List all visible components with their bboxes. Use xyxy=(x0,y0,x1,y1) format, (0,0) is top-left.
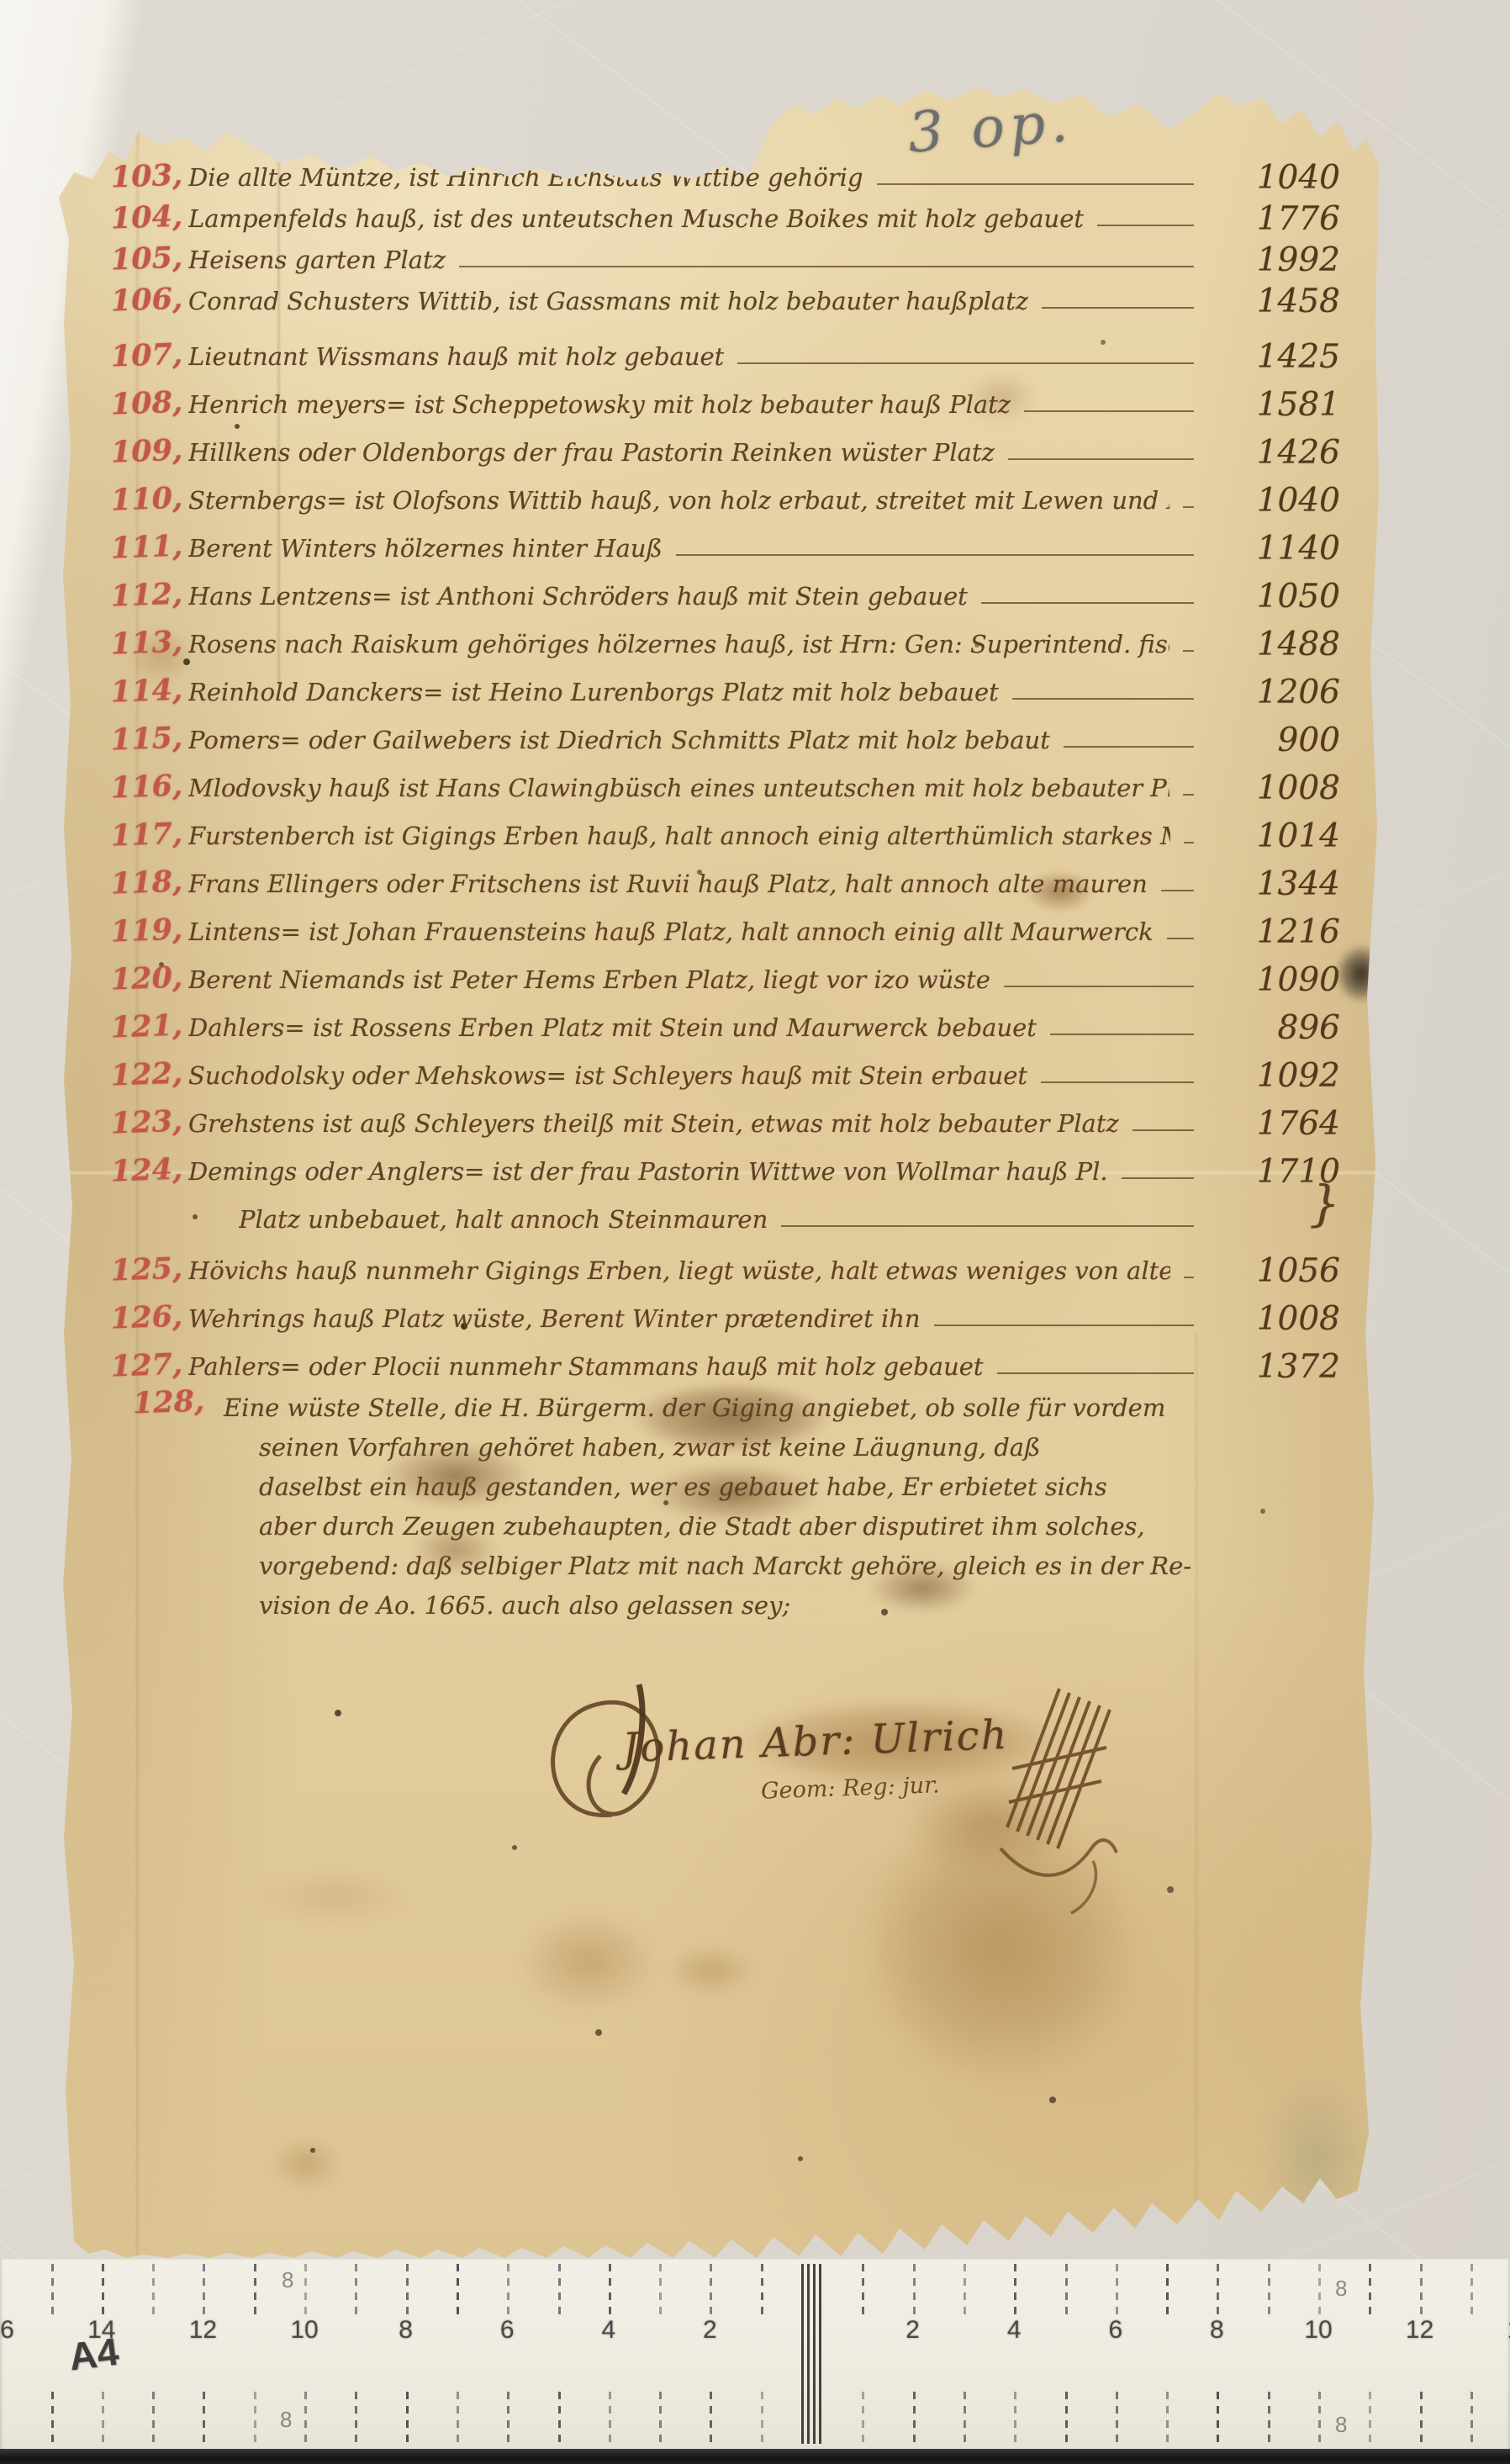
entry-amount: 1090 xyxy=(1204,961,1340,1002)
ruler-number: 16 xyxy=(0,2316,14,2345)
ledger-entry-row: 104, Lampenfelds hauß, ist des unteutsch… xyxy=(111,200,1340,241)
signature-block: Johan Abr: Ulrich Geom: Reg: jur. xyxy=(513,1668,1169,1945)
entry-leader-line xyxy=(1008,458,1194,460)
entries-list: 103, Die allte Müntze, ist Hinrich Eichs… xyxy=(111,159,1340,1389)
entry-leader-line xyxy=(997,1372,1194,1374)
entry-amount: 1050 xyxy=(1204,578,1340,619)
entry-128-line: vision de Ao. 1665. auch also gelassen s… xyxy=(259,1586,1320,1626)
entry-number: 106, xyxy=(110,281,189,325)
entry-leader-line xyxy=(1041,1081,1194,1083)
entry-amount: 1040 xyxy=(1204,159,1340,200)
ruler-number: 10 xyxy=(1304,2316,1332,2345)
ruler-number: 2 xyxy=(703,2316,717,2345)
ruler-tick xyxy=(659,2392,662,2444)
entry-text: Berent Niemands ist Peter Hems Erben Pla… xyxy=(188,965,990,1002)
ruler-number: 14 xyxy=(1507,2316,1510,2345)
ruler-stray-mark: 8 xyxy=(280,2407,292,2433)
entry-amount: } xyxy=(1204,1175,1340,1242)
ruler-stray-mark: 8 xyxy=(1335,2412,1347,2438)
entry-text: Wehrings hauß Platz wüste, Berent Winter… xyxy=(188,1304,921,1341)
entry-text: Mlodovsky hauß ist Hans Clawingbüsch ein… xyxy=(188,774,1169,811)
ruler-a4-label: A4 xyxy=(66,2329,121,2380)
ledger-entry-row: 106, Conrad Schusters Wittib, ist Gassma… xyxy=(111,283,1340,324)
ruler-tick xyxy=(558,2392,561,2444)
entry-128: 128, Eine wüste Stelle, die H. Bürgerm. … xyxy=(143,1388,1320,1626)
entry-number: 111, xyxy=(110,528,189,572)
ruler-tick xyxy=(203,2392,205,2444)
ruler-tick xyxy=(507,2264,509,2314)
ruler-bottom-bar xyxy=(0,2449,1510,2464)
ruler-tick xyxy=(1318,2392,1321,2444)
ruler-tick xyxy=(1268,2264,1270,2314)
entry-amount: 1426 xyxy=(1204,434,1340,475)
entry-number: 114, xyxy=(110,672,189,716)
entry-text: Berent Winters hölzernes hinter Hauß xyxy=(188,534,663,571)
entry-128-lines: Eine wüste Stelle, die H. Bürgerm. der G… xyxy=(143,1388,1320,1626)
ruler-tick xyxy=(913,2264,916,2314)
entry-number: 104, xyxy=(110,198,189,242)
ruler-tick xyxy=(1470,2392,1473,2444)
entry-number: 108, xyxy=(110,384,189,428)
entry-leader-line xyxy=(1097,225,1194,226)
entry-text: Conrad Schusters Wittib, ist Gassmans mi… xyxy=(188,287,1028,324)
entry-number: 107, xyxy=(110,336,189,380)
entry-leader-line xyxy=(1183,650,1194,652)
entry-amount: 1764 xyxy=(1204,1105,1340,1146)
entry-number: 113, xyxy=(110,624,189,668)
entry-leader-line xyxy=(781,1225,1194,1227)
entry-text: Sternbergs= ist Olofsons Wittib hauß, vo… xyxy=(188,486,1169,523)
entry-text: Hövichs hauß nunmehr Gigings Erben, lieg… xyxy=(188,1256,1170,1293)
ledger-entry-row: 124, Demings oder Anglers= ist der frau … xyxy=(111,1146,1340,1194)
gray-green-edge-stain xyxy=(1259,2073,1373,2245)
entry-leader-line xyxy=(1012,698,1194,700)
entry-text: Hillkens oder Oldenborgs der frau Pastor… xyxy=(188,438,995,475)
ruler-tick xyxy=(457,2264,459,2314)
manuscript-page: 3 op. 103, Die allte Müntze, ist Hinrich… xyxy=(59,71,1379,2258)
ruler-tick xyxy=(659,2264,662,2314)
entry-leader-line xyxy=(737,362,1194,364)
ruler-numbers: 1614121086422468101214 xyxy=(0,2314,1510,2348)
entry-leader-line xyxy=(1167,938,1194,939)
ruler-tick xyxy=(862,2392,864,2444)
ruler-tick xyxy=(457,2392,459,2444)
entry-128-line: daselbst ein hauß gestanden, wer es geba… xyxy=(259,1467,1320,1507)
entry-amount: 896 xyxy=(1204,1009,1340,1050)
ruler-tick xyxy=(152,2392,155,2444)
ledger-entry-row: Platz unbebauet, halt annoch Steinmauren… xyxy=(111,1194,1340,1242)
entry-amount: 1344 xyxy=(1204,865,1340,907)
entry-128-number: 128, xyxy=(132,1384,205,1428)
entry-text: Platz unbebauet, halt annoch Steinmauren xyxy=(239,1205,768,1242)
entry-leader-line xyxy=(1024,410,1194,412)
ruler-number: 4 xyxy=(601,2316,615,2345)
ruler-tick xyxy=(964,2392,966,2444)
ruler-tick xyxy=(355,2264,357,2314)
ruler-tick xyxy=(1217,2392,1219,2444)
entry-128-line: Eine wüste Stelle, die H. Bürgerm. der G… xyxy=(224,1388,1320,1428)
photographic-ruler: 1614121086422468101214 A4 8888 xyxy=(0,2259,1510,2464)
ruler-tick xyxy=(406,2392,409,2444)
entry-text: Pomers= oder Gailwebers ist Diedrich Sch… xyxy=(188,726,1050,763)
ruler-tick xyxy=(1369,2392,1371,2444)
black-edge-blot xyxy=(1335,944,1387,1003)
ruler-tick xyxy=(710,2392,712,2444)
ruler-tick xyxy=(761,2264,763,2314)
ledger-entry-row: 122, Suchodolsky oder Mehskows= ist Schl… xyxy=(111,1050,1340,1098)
entry-leader-line xyxy=(1183,506,1194,508)
ruler-tick xyxy=(913,2392,916,2444)
ruler-stray-mark: 8 xyxy=(282,2267,293,2293)
pencil-note: 3 op. xyxy=(906,89,1075,165)
entry-amount: 1008 xyxy=(1204,769,1340,811)
ledger-entry-row: 105, Heisens garten Platz 1992 xyxy=(111,241,1340,283)
entry-number: 115, xyxy=(110,720,189,764)
ledger-entry-row: 126, Wehrings hauß Platz wüste, Berent W… xyxy=(111,1293,1340,1341)
ledger-entry-row: 123, Grehstens ist auß Schleyers theilß … xyxy=(111,1098,1340,1146)
ruler-number: 6 xyxy=(500,2316,515,2345)
entry-amount: 900 xyxy=(1204,722,1340,763)
entry-number: 118, xyxy=(110,864,189,907)
ruler-tick xyxy=(304,2264,307,2314)
entry-number: 109, xyxy=(110,432,189,476)
ruler-tick xyxy=(1014,2392,1016,2444)
entry-text: Rosens nach Raiskum gehöriges hölzernes … xyxy=(188,630,1169,667)
entry-text: Suchodolsky oder Mehskows= ist Schleyers… xyxy=(188,1061,1027,1098)
entry-number: 126, xyxy=(110,1298,189,1342)
ruler-ticks-bottom xyxy=(0,2392,1510,2444)
entry-leader-line xyxy=(459,266,1194,267)
ruler-tick xyxy=(1420,2392,1423,2444)
entry-number: 105, xyxy=(110,240,189,283)
entry-amount: 1008 xyxy=(1204,1300,1340,1341)
entry-text: Frans Ellingers oder Fritschens ist Ruvi… xyxy=(188,870,1148,907)
ruler-number: 4 xyxy=(1007,2316,1022,2345)
entry-text: Die allte Müntze, ist Hinrich Eichstäts … xyxy=(188,163,863,200)
entry-amount: 1056 xyxy=(1204,1252,1340,1293)
entry-number: 121, xyxy=(110,1007,189,1051)
ruler-number: 8 xyxy=(1210,2316,1224,2345)
ruler-tick xyxy=(1217,2264,1219,2314)
ruler-stray-mark: 8 xyxy=(1335,2276,1347,2302)
ruler-tick xyxy=(1166,2264,1169,2314)
ruler-tick xyxy=(1116,2392,1118,2444)
entry-text: Hans Lentzens= ist Anthoni Schröders hau… xyxy=(188,582,968,619)
ledger-entry-row: 112, Hans Lentzens= ist Anthoni Schröder… xyxy=(111,571,1340,619)
entry-text: Lintens= ist Johan Frauensteins hauß Pla… xyxy=(188,917,1154,954)
entry-text: Lampenfelds hauß, ist des unteutschen Mu… xyxy=(188,204,1084,241)
entry-text: Henrich meyers= ist Scheppetowsky mit ho… xyxy=(188,390,1011,427)
entry-128-line: vorgebend: daß selbiger Platz mit nach M… xyxy=(259,1547,1320,1586)
photographed-manuscript: 3 op. 103, Die allte Müntze, ist Hinrich… xyxy=(0,0,1510,2464)
entry-amount: 1992 xyxy=(1204,241,1340,283)
entry-text: Furstenberch ist Gigings Erben hauß, hal… xyxy=(188,822,1170,859)
ledger-entry-row: 103, Die allte Müntze, ist Hinrich Eichs… xyxy=(111,159,1340,200)
ledger-entry-row: 107, Lieutnant Wissmans hauß mit holz ge… xyxy=(111,331,1340,379)
ruler-number: 2 xyxy=(905,2316,920,2345)
ruler-tick xyxy=(964,2264,966,2314)
ruler-tick xyxy=(761,2392,763,2444)
ruler-tick xyxy=(355,2392,357,2444)
entry-128-line: seinen Vorfahren gehöret haben, zwar ist… xyxy=(259,1428,1320,1467)
entry-leader-line xyxy=(1184,1277,1194,1278)
entry-number: 120, xyxy=(110,960,189,1003)
ledger-entry-row: 116, Mlodovsky hauß ist Hans Clawingbüsc… xyxy=(111,763,1340,811)
ruler-tick xyxy=(1116,2264,1118,2314)
entry-leader-line xyxy=(1122,1177,1194,1179)
entry-text: Reinhold Danckers= ist Heino Lurenborgs … xyxy=(188,678,999,715)
ruler-tick xyxy=(609,2392,611,2444)
ledger-entry-row: 117, Furstenberch ist Gigings Erben hauß… xyxy=(111,811,1340,859)
ruler-tick xyxy=(102,2264,104,2314)
ruler-tick xyxy=(51,2392,54,2444)
entry-leader-line xyxy=(1161,890,1194,891)
ledger-entry-row: 113, Rosens nach Raiskum gehöriges hölze… xyxy=(111,619,1340,667)
entry-number: 124, xyxy=(110,1151,189,1195)
ledger-entry-row: 114, Reinhold Danckers= ist Heino Lurenb… xyxy=(111,667,1340,715)
ruler-tick xyxy=(507,2392,509,2444)
entry-amount: 1372 xyxy=(1204,1348,1340,1389)
entry-leader-line xyxy=(1064,746,1194,748)
stain-small xyxy=(666,1945,754,1996)
entry-number: 116, xyxy=(110,768,189,812)
ruler-ticks-top xyxy=(0,2264,1510,2314)
entry-leader-line xyxy=(934,1325,1194,1326)
entry-number: 112, xyxy=(110,576,189,620)
entry-number: 123, xyxy=(110,1103,189,1147)
entry-leader-line xyxy=(1042,307,1194,309)
ruler-number: 6 xyxy=(1108,2316,1122,2345)
ruler-tick xyxy=(254,2264,256,2314)
entry-text: Dahlers= ist Rossens Erben Platz mit Ste… xyxy=(188,1013,1037,1050)
ledger-entry-row: 111, Berent Winters hölzernes hinter Hau… xyxy=(111,523,1340,571)
entry-number: 125, xyxy=(110,1251,189,1294)
entry-text: Heisens garten Platz xyxy=(188,246,446,283)
ruler-tick xyxy=(862,2264,864,2314)
ledger-entry-row: 127, Pahlers= oder Plocii nunmehr Stamma… xyxy=(111,1341,1340,1389)
entry-amount: 1776 xyxy=(1204,200,1340,241)
entry-number: 103, xyxy=(110,157,189,201)
ruler-tick xyxy=(1065,2264,1068,2314)
ledger-entry-row: 115, Pomers= oder Gailwebers ist Diedric… xyxy=(111,715,1340,763)
ruler-tick xyxy=(1166,2392,1169,2444)
entry-text: Pahlers= oder Plocii nunmehr Stammans ha… xyxy=(188,1352,984,1389)
ruler-number: 12 xyxy=(189,2316,217,2345)
ruler-tick xyxy=(254,2392,256,2444)
ledger-entry-row: 120, Berent Niemands ist Peter Hems Erbe… xyxy=(111,954,1340,1002)
signature-flourish-icon xyxy=(513,1668,1169,1945)
entry-leader-line xyxy=(676,554,1194,556)
entry-leader-line xyxy=(877,183,1194,185)
ruler-tick xyxy=(406,2264,409,2314)
entry-amount: 1458 xyxy=(1204,283,1340,324)
ruler-tick xyxy=(1318,2264,1321,2314)
ruler-tick xyxy=(710,2264,712,2314)
entry-amount: 1488 xyxy=(1204,626,1340,667)
ledger-entry-row: 125, Hövichs hauß nunmehr Gigings Erben,… xyxy=(111,1245,1340,1293)
ruler-tick xyxy=(1065,2392,1068,2444)
entry-amount: 1216 xyxy=(1204,913,1340,954)
ruler-tick xyxy=(102,2392,104,2444)
ruler-number: 10 xyxy=(290,2316,318,2345)
ledger-entry-row: 118, Frans Ellingers oder Fritschens ist… xyxy=(111,859,1340,907)
ruler-tick xyxy=(1470,2264,1473,2314)
entry-number xyxy=(111,1234,188,1243)
entry-amount: 1581 xyxy=(1204,386,1340,427)
entry-leader-line xyxy=(1004,986,1194,987)
entry-number: 117, xyxy=(110,816,189,859)
ruler-tick xyxy=(1268,2392,1270,2444)
stain-left-faint xyxy=(252,1867,416,1926)
ruler-tick xyxy=(152,2264,155,2314)
ruler-tick xyxy=(558,2264,561,2314)
entry-number: 119, xyxy=(110,912,189,955)
ruler-tick xyxy=(609,2264,611,2314)
entry-leader-line xyxy=(1183,794,1194,796)
ruler-tick xyxy=(304,2392,307,2444)
entry-text: Grehstens ist auß Schleyers theilß mit S… xyxy=(188,1109,1119,1146)
ruler-tick xyxy=(51,2264,54,2314)
entry-amount: 1092 xyxy=(1204,1057,1340,1098)
entry-amount: 1040 xyxy=(1204,482,1340,523)
ledger-entry-row: 110, Sternbergs= ist Olofsons Wittib hau… xyxy=(111,475,1340,523)
ledger-entry-row: 119, Lintens= ist Johan Frauensteins hau… xyxy=(111,907,1340,954)
entry-amount: 1425 xyxy=(1204,338,1340,379)
ruler-tick xyxy=(1014,2264,1016,2314)
entry-amount: 1014 xyxy=(1204,817,1340,859)
entry-text: Lieutnant Wissmans hauß mit holz gebauet xyxy=(188,342,724,379)
entry-text: Demings oder Anglers= ist der frau Pasto… xyxy=(188,1157,1108,1194)
entry-amount: 1140 xyxy=(1204,530,1340,571)
ruler-tick xyxy=(1369,2264,1371,2314)
ledger-entry-row: 108, Henrich meyers= ist Scheppetowsky m… xyxy=(111,379,1340,427)
entry-number: 110, xyxy=(110,480,189,524)
ruler-zero-mark xyxy=(801,2264,821,2444)
entry-leader-line xyxy=(1132,1129,1194,1131)
entry-amount: 1206 xyxy=(1204,674,1340,715)
ruler-tick xyxy=(1420,2264,1423,2314)
entry-leader-line xyxy=(981,602,1194,604)
ruler-number: 12 xyxy=(1406,2316,1433,2345)
ruler-tick xyxy=(203,2264,205,2314)
paper-speckles xyxy=(59,71,62,75)
stain-bottom-left xyxy=(271,2136,342,2191)
ledger-entry-row: 121, Dahlers= ist Rossens Erben Platz mi… xyxy=(111,1002,1340,1050)
entry-leader-line xyxy=(1050,1034,1194,1035)
entry-128-line: aber durch Zeugen zubehaupten, die Stadt… xyxy=(259,1507,1320,1547)
ruler-number: 8 xyxy=(399,2316,413,2345)
entry-leader-line xyxy=(1184,842,1194,843)
ledger-entry-row: 109, Hillkens oder Oldenborgs der frau P… xyxy=(111,427,1340,475)
entry-number: 122, xyxy=(110,1055,189,1099)
